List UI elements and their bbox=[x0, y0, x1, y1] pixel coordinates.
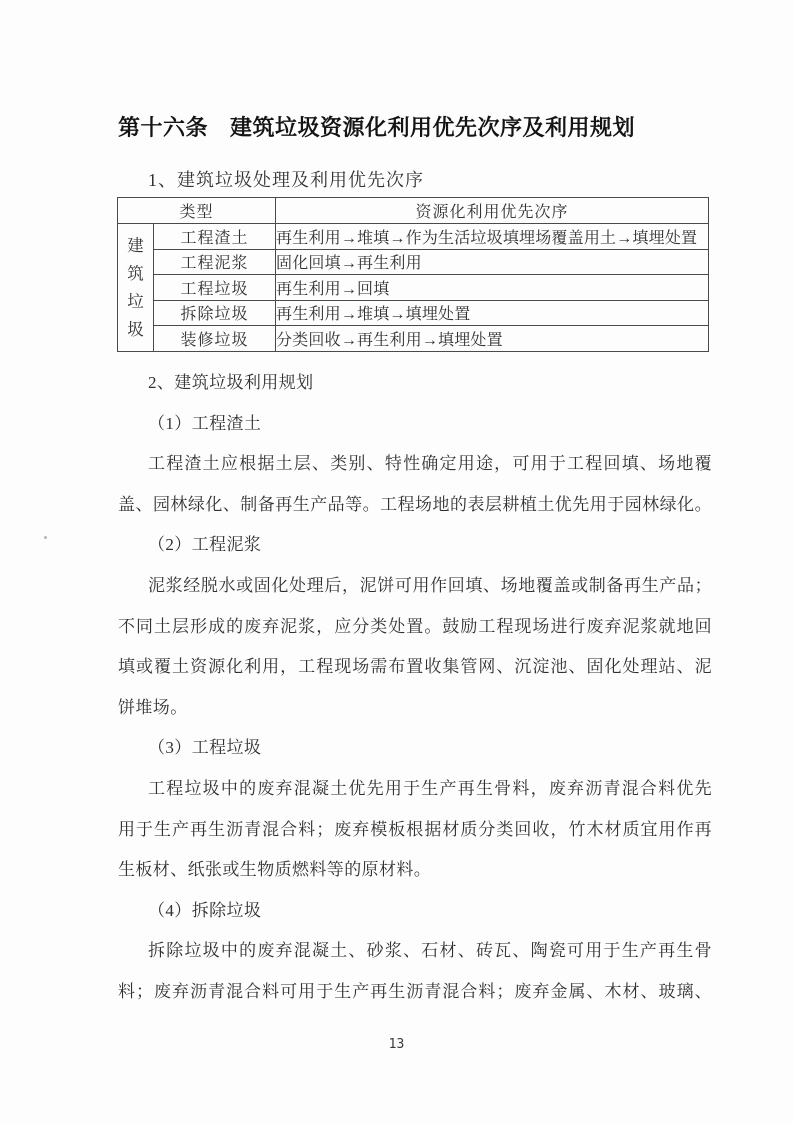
paragraph-line: 拆除垃圾中的废弃混凝土、砂浆、石材、砖瓦、陶瓷可用于生产再生骨 bbox=[118, 931, 712, 972]
paragraph-line: 料；废弃沥青混合料可用于生产再生沥青混合料；废弃金属、木材、玻璃、 bbox=[118, 972, 712, 1013]
table-row: 工程垃圾 再生利用→回填 bbox=[118, 275, 709, 301]
item-4-subtitle: （4）拆除垃圾 bbox=[118, 891, 712, 932]
type-cell: 装修垃圾 bbox=[154, 326, 276, 352]
table-row: 拆除垃圾 再生利用→堆填→填埋处置 bbox=[118, 300, 709, 326]
article-title: 建筑垃圾资源化利用优先次序及利用规划 bbox=[230, 115, 635, 140]
table-row: 建 筑 垃 圾 工程渣土 再生利用→堆填→作为生活垃圾填埋场覆盖用土→填埋处置 bbox=[118, 224, 709, 250]
table-row: 工程泥浆 固化回填→再生利用 bbox=[118, 249, 709, 275]
paragraph-line: 用于生产再生沥青混合料；废弃模板根据材质分类回收，竹木材质宜用作再 bbox=[118, 810, 712, 851]
type-cell: 工程渣土 bbox=[154, 224, 276, 250]
item-3-subtitle: （3）工程垃圾 bbox=[118, 728, 712, 769]
table-row: 装修垃圾 分类回收→再生利用→填埋处置 bbox=[118, 326, 709, 352]
priority-cell: 再生利用→回填 bbox=[276, 275, 709, 301]
paragraph-line: 不同土层形成的废弃泥浆，应分类处置。鼓励工程现场进行废弃泥浆就地回 bbox=[118, 607, 712, 648]
item-2-subtitle: （2）工程泥浆 bbox=[118, 525, 712, 566]
paragraph-line: 工程渣土应根据土层、类别、特性确定用途，可用于工程回填、场地覆 bbox=[118, 444, 712, 485]
paragraph-line: 饼堆场。 bbox=[118, 688, 712, 729]
group-label-vertical: 建 筑 垃 圾 bbox=[118, 237, 153, 338]
header-cell-type: 类型 bbox=[118, 198, 276, 224]
paragraph-line: 填或覆土资源化利用，工程现场需布置收集管网、沉淀池、固化处理站、泥 bbox=[118, 647, 712, 688]
paragraph-line: 工程垃圾中的废弃混凝土优先用于生产再生骨料，废弃沥青混合料优先 bbox=[118, 769, 712, 810]
group-label-char: 圾 bbox=[127, 321, 144, 338]
section2-body: 2、建筑垃圾利用规划 （1）工程渣土 工程渣土应根据土层、类别、特性确定用途，可… bbox=[118, 363, 712, 1013]
priority-cell: 再生利用→堆填→填埋处置 bbox=[276, 300, 709, 326]
section2-title: 2、建筑垃圾利用规划 bbox=[118, 363, 712, 404]
priority-cell: 再生利用→堆填→作为生活垃圾填埋场覆盖用土→填埋处置 bbox=[276, 224, 709, 250]
type-cell: 拆除垃圾 bbox=[154, 300, 276, 326]
page-number: 13 bbox=[0, 1037, 793, 1052]
group-label-char: 筑 bbox=[127, 265, 144, 282]
paragraph-line: 泥浆经脱水或固化处理后，泥饼可用作回填、场地覆盖或制备再生产品； bbox=[118, 566, 712, 607]
section1-title: 1、建筑垃圾处理及利用优先次序 bbox=[148, 166, 424, 192]
priority-cell: 固化回填→再生利用 bbox=[276, 249, 709, 275]
scan-speck bbox=[44, 536, 47, 539]
priority-cell: 分类回收→再生利用→填埋处置 bbox=[276, 326, 709, 352]
type-cell: 工程垃圾 bbox=[154, 275, 276, 301]
header-cell-priority: 资源化利用优先次序 bbox=[276, 198, 709, 224]
group-label-char: 建 bbox=[127, 237, 144, 254]
priority-table: 类型 资源化利用优先次序 建 筑 垃 圾 工程渣土 再生利用→堆填→作为生活垃圾… bbox=[117, 197, 709, 352]
group-label-char: 垃 bbox=[127, 293, 144, 310]
document-page: 第十六条建筑垃圾资源化利用优先次序及利用规划 1、建筑垃圾处理及利用优先次序 类… bbox=[0, 0, 793, 1123]
group-label-cell: 建 筑 垃 圾 bbox=[118, 224, 154, 352]
table-header-row: 类型 资源化利用优先次序 bbox=[118, 198, 709, 224]
item-1-subtitle: （1）工程渣土 bbox=[118, 404, 712, 445]
paragraph-line: 盖、园林绿化、制备再生产品等。工程场地的表层耕植土优先用于园林绿化。 bbox=[118, 485, 712, 526]
type-cell: 工程泥浆 bbox=[154, 249, 276, 275]
article-number: 第十六条 bbox=[118, 115, 208, 140]
article-heading: 第十六条建筑垃圾资源化利用优先次序及利用规划 bbox=[118, 111, 635, 142]
paragraph-line: 生板材、纸张或生物质燃料等的原材料。 bbox=[118, 850, 712, 891]
